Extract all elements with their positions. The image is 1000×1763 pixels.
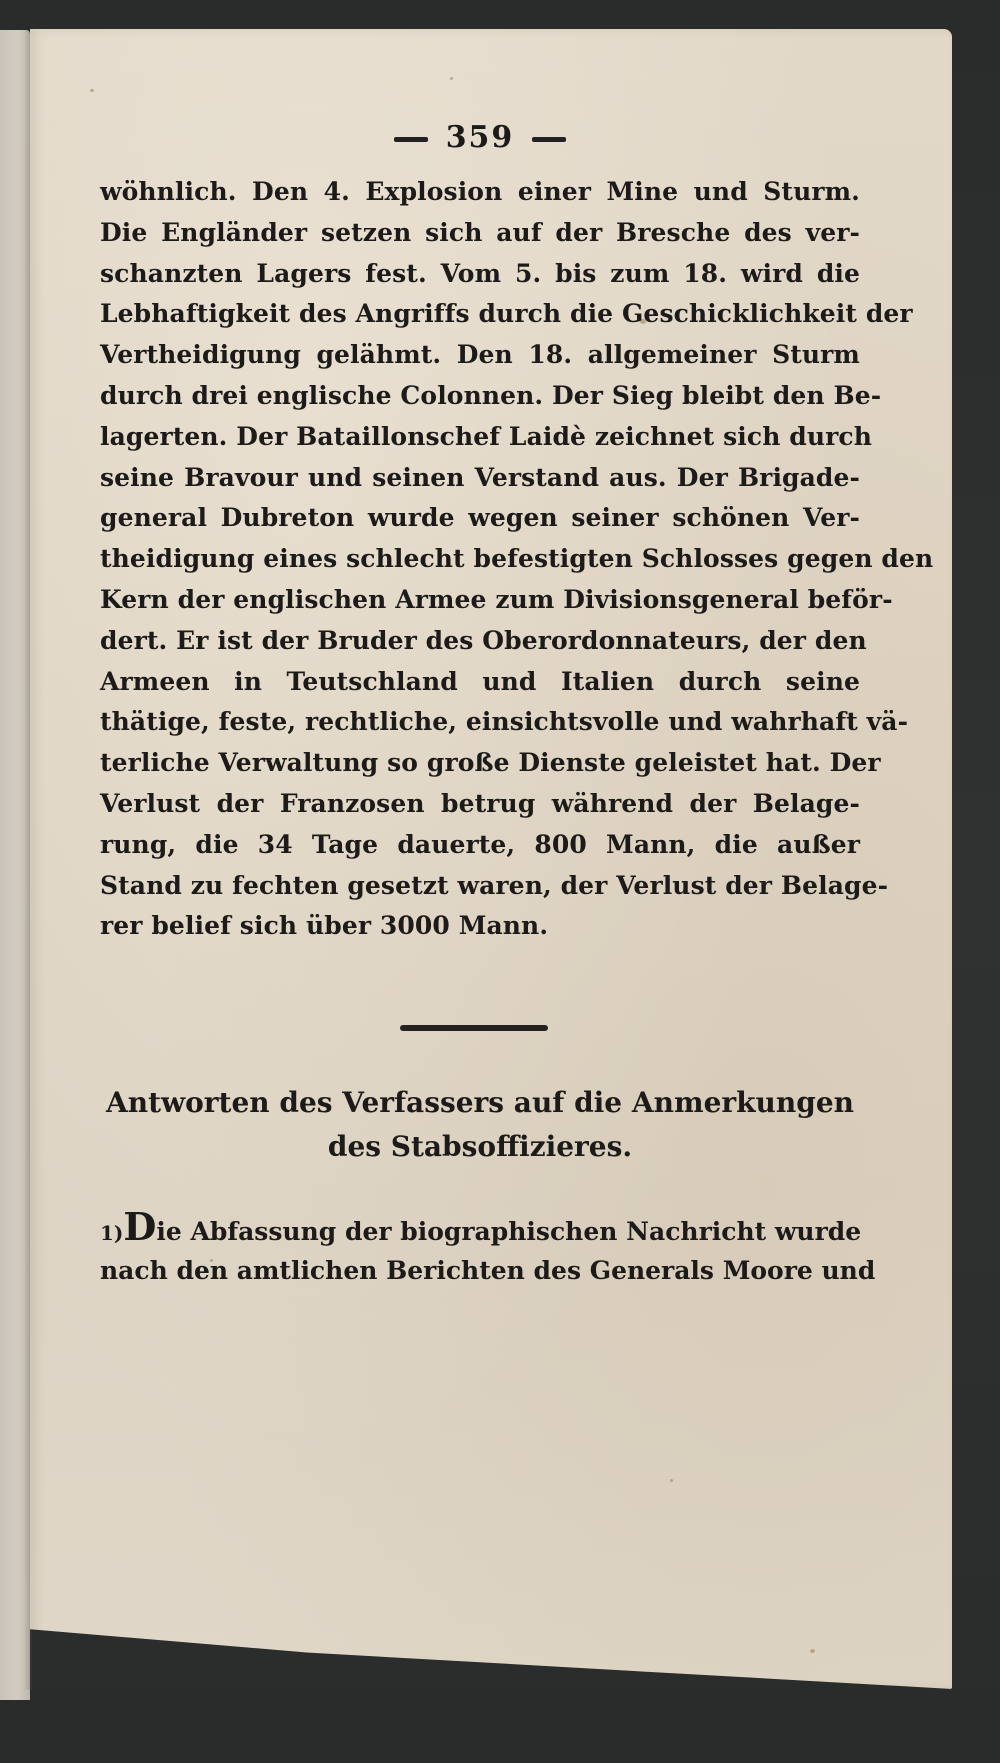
initial-letter: D: [123, 1204, 156, 1249]
text-line: rer belief sich über 3000 Mann.: [100, 906, 860, 947]
text-line: seine Bravour und seinen Verstand aus. D…: [100, 458, 860, 499]
text-line: nach den amtlichen Berichten des General…: [100, 1249, 860, 1293]
text-line: lagerten. Der Bataillonschef Laidè zeich…: [100, 417, 860, 458]
text-line: rung, die 34 Tage dauerte, 800 Mann, die…: [100, 825, 860, 866]
item-number: 1): [100, 1221, 123, 1245]
text-line: terliche Verwaltung so große Dienste gel…: [100, 743, 860, 784]
section-paragraph: 1)Die Abfassung der biographischen Nachr…: [100, 1205, 860, 1293]
text-line: durch drei englische Colonnen. Der Sieg …: [100, 376, 860, 417]
paper-speck: [670, 1479, 673, 1482]
paper-speck: [450, 77, 453, 80]
text-line: Kern der englischen Armee zum Divisionsg…: [100, 580, 860, 621]
text-line: general Dubreton wurde wegen seiner schö…: [100, 498, 860, 539]
text-line: Vertheidigung gelähmt. Den 18. allgemein…: [100, 335, 860, 376]
section-heading: Antworten des Verfassers auf die Anmerku…: [100, 1081, 860, 1169]
section-separator-rule: [400, 1025, 548, 1031]
text-line: theidigung eines schlecht befestigten Sc…: [100, 539, 860, 580]
page-number-dash-right: [532, 137, 566, 142]
page-number-header: 359: [100, 118, 860, 158]
text-line: Lebhaftigkeit des Angriffs durch die Ges…: [100, 294, 860, 335]
page-number: 359: [446, 120, 515, 155]
text-line: Stand zu fechten gesetzt waren, der Verl…: [100, 866, 860, 907]
text-line: schanzten Lagers fest. Vom 5. bis zum 18…: [100, 254, 860, 295]
text-line: Armeen in Teutschland und Italien durch …: [100, 662, 860, 703]
text-line: Die Engländer setzen sich auf der Bresch…: [100, 213, 860, 254]
first-line-text: ie Abfassung der biographischen Nachrich…: [156, 1217, 861, 1246]
section-heading-line: des Stabsoffizieres.: [100, 1125, 860, 1169]
page-content: 359 wöhnlich. Den 4. Explosion einer Min…: [100, 118, 860, 1293]
text-line: thätige, feste, rechtliche, einsichtsvol…: [100, 702, 860, 743]
text-line: Verlust der Franzosen betrug während der…: [100, 784, 860, 825]
page-number-dash-left: [394, 137, 428, 142]
section-heading-line: Antworten des Verfassers auf die Anmerku…: [100, 1081, 860, 1125]
paper-speck: [810, 1649, 815, 1653]
paper-speck: [90, 89, 94, 92]
text-line: wöhnlich. Den 4. Explosion einer Mine un…: [100, 172, 860, 213]
text-line-first: 1)Die Abfassung der biographischen Nachr…: [100, 1205, 860, 1249]
text-line: dert. Er ist der Bruder des Oberordonnat…: [100, 621, 860, 662]
body-paragraph: wöhnlich. Den 4. Explosion einer Mine un…: [100, 172, 860, 947]
